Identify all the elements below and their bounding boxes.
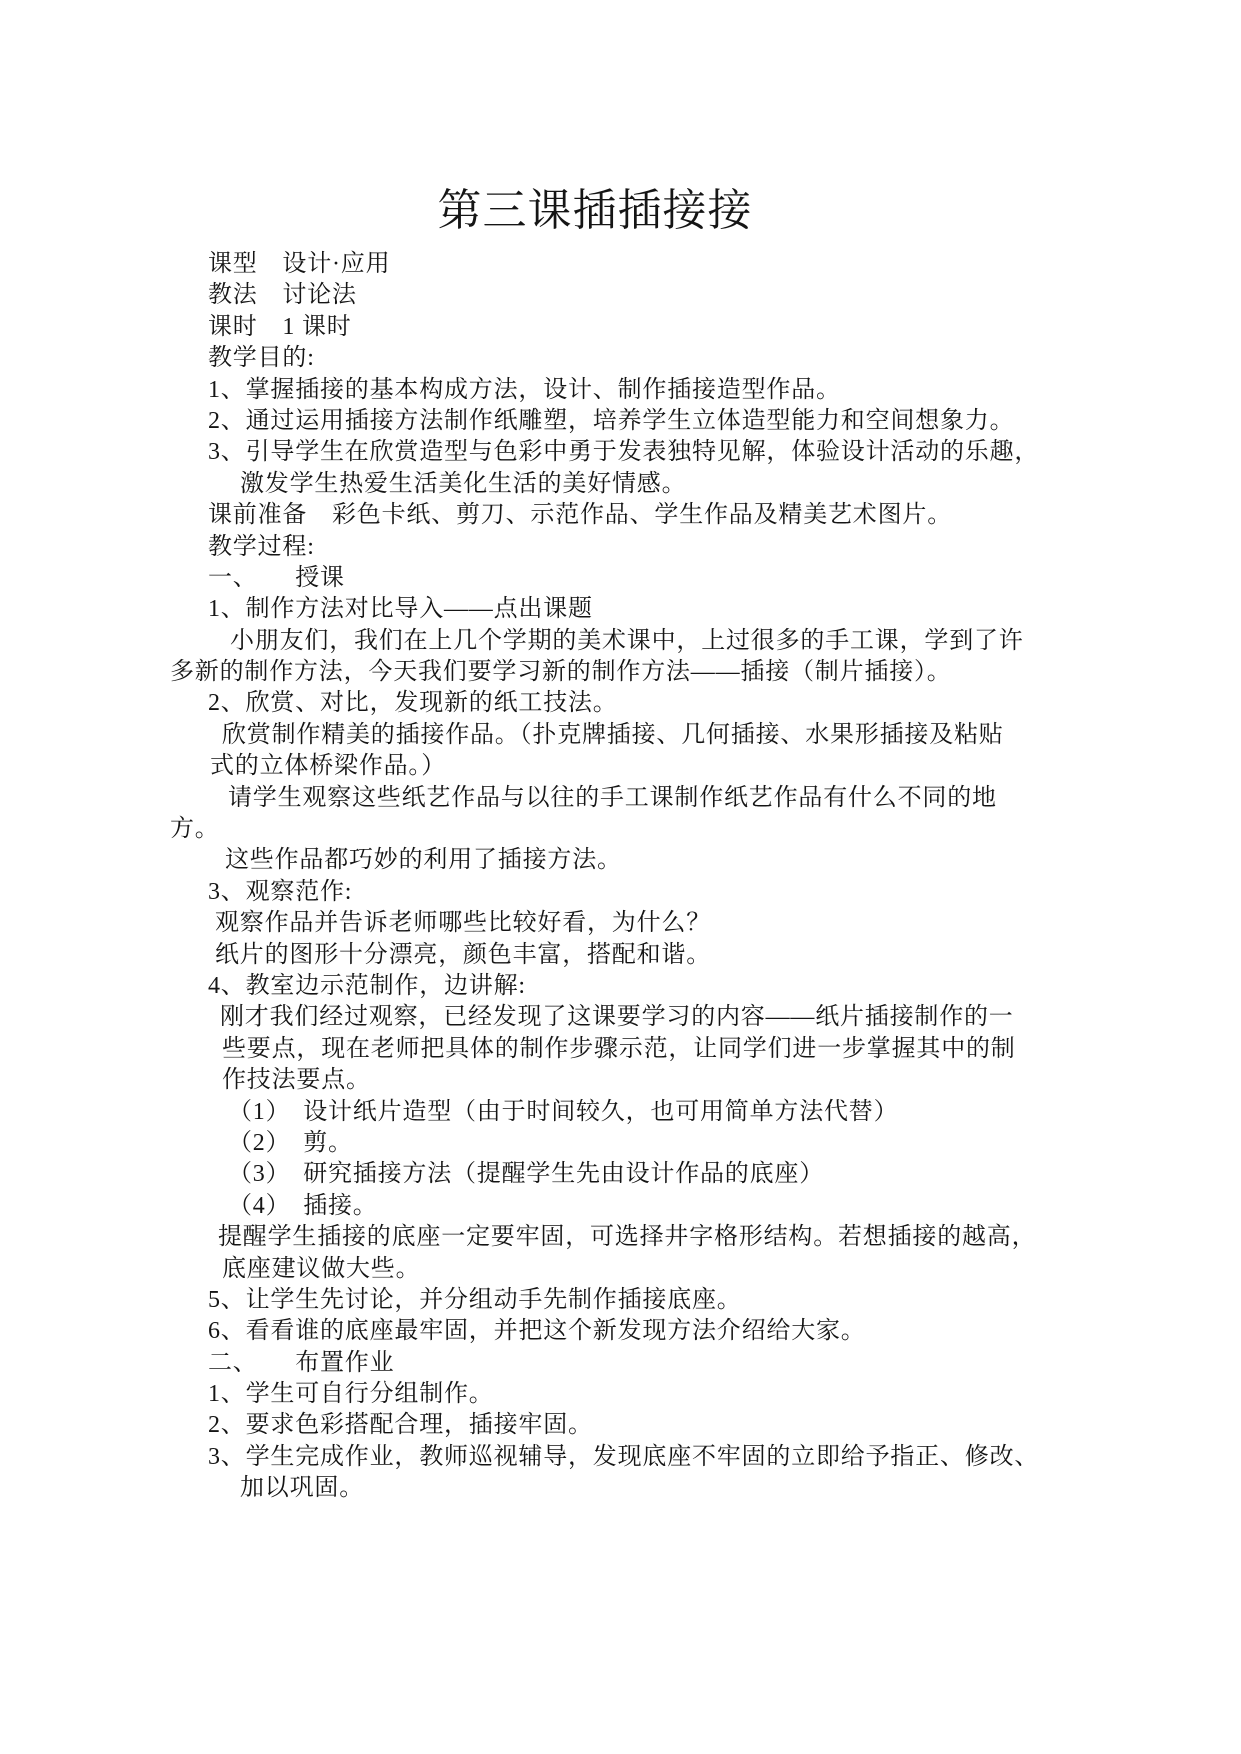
text-line: 请学生观察这些纸艺作品与以往的手工课制作纸艺作品有什么不同的地 bbox=[170, 783, 1080, 814]
text-line: 二、 布置作业 bbox=[170, 1348, 1080, 1379]
text-line: 4、教室边示范制作，边讲解: bbox=[170, 971, 1080, 1002]
text-line: 欣赏制作精美的插接作品。（扑克牌插接、几何插接、水果形插接及粘贴 bbox=[170, 720, 1080, 751]
text-line: 激发学生热爱生活美化生活的美好情感。 bbox=[170, 469, 1080, 500]
text-line: 刚才我们经过观察，已经发现了这课要学习的内容——纸片插接制作的一 bbox=[170, 1002, 1080, 1033]
text-line: 1、掌握插接的基本构成方法，设计、制作插接造型作品。 bbox=[170, 375, 1080, 406]
text-line: 2、欣赏、对比，发现新的纸工技法。 bbox=[170, 688, 1080, 719]
document-content: 第三课插插接接 课型 设计·应用教法 讨论法课时 1 课时教学目的:1、掌握插接… bbox=[170, 183, 1080, 1505]
text-line: 作技法要点。 bbox=[170, 1065, 1080, 1096]
text-line: 教学过程: bbox=[170, 532, 1080, 563]
text-line: 5、让学生先讨论，并分组动手先制作插接底座。 bbox=[170, 1285, 1080, 1316]
text-line: （2） 剪。 bbox=[170, 1128, 1080, 1159]
text-line: 方。 bbox=[170, 814, 1080, 845]
text-line: 这些作品都巧妙的利用了插接方法。 bbox=[170, 845, 1080, 876]
text-line: 教学目的: bbox=[170, 343, 1080, 374]
text-line: 观察作品并告诉老师哪些比较好看，为什么？ bbox=[170, 908, 1080, 939]
text-line: 3、引导学生在欣赏造型与色彩中勇于发表独特见解，体验设计活动的乐趣， bbox=[170, 437, 1080, 468]
text-line: 1、学生可自行分组制作。 bbox=[170, 1379, 1080, 1410]
document-page: 第三课插插接接 课型 设计·应用教法 讨论法课时 1 课时教学目的:1、掌握插接… bbox=[0, 0, 1241, 1754]
text-line: 课型 设计·应用 bbox=[170, 249, 1080, 280]
text-line: 些要点，现在老师把具体的制作步骤示范，让同学们进一步掌握其中的制 bbox=[170, 1034, 1080, 1065]
text-line: 纸片的图形十分漂亮，颜色丰富，搭配和谐。 bbox=[170, 940, 1080, 971]
text-line: 1、制作方法对比导入——点出课题 bbox=[170, 594, 1080, 625]
text-line: 式的立体桥梁作品。） bbox=[170, 751, 1080, 782]
text-line: 6、看看谁的底座最牢固，并把这个新发现方法介绍给大家。 bbox=[170, 1316, 1080, 1347]
text-line: 加以巩固。 bbox=[170, 1473, 1080, 1504]
document-title: 第三课插插接接 bbox=[170, 183, 1020, 239]
text-line: 2、通过运用插接方法制作纸雕塑，培养学生立体造型能力和空间想象力。 bbox=[170, 406, 1080, 437]
text-line: （4） 插接。 bbox=[170, 1191, 1080, 1222]
text-line: 多新的制作方法，今天我们要学习新的制作方法——插接（制片插接）。 bbox=[170, 657, 1080, 688]
text-line: 3、观察范作: bbox=[170, 877, 1080, 908]
text-line: （1） 设计纸片造型（由于时间较久，也可用简单方法代替） bbox=[170, 1097, 1080, 1128]
text-line: 提醒学生插接的底座一定要牢固，可选择井字格形结构。若想插接的越高， bbox=[170, 1222, 1080, 1253]
text-line: 课时 1 课时 bbox=[170, 312, 1080, 343]
text-line: 一、 授课 bbox=[170, 563, 1080, 594]
text-line: 小朋友们，我们在上几个学期的美术课中，上过很多的手工课，学到了许 bbox=[170, 626, 1080, 657]
text-line: （3） 研究插接方法（提醒学生先由设计作品的底座） bbox=[170, 1159, 1080, 1190]
document-body: 课型 设计·应用教法 讨论法课时 1 课时教学目的:1、掌握插接的基本构成方法，… bbox=[170, 249, 1080, 1505]
text-line: 3、学生完成作业，教师巡视辅导，发现底座不牢固的立即给予指正、修改、 bbox=[170, 1442, 1080, 1473]
text-line: 教法 讨论法 bbox=[170, 280, 1080, 311]
text-line: 课前准备 彩色卡纸、剪刀、示范作品、学生作品及精美艺术图片。 bbox=[170, 500, 1080, 531]
text-line: 2、要求色彩搭配合理，插接牢固。 bbox=[170, 1410, 1080, 1441]
text-line: 底座建议做大些。 bbox=[170, 1254, 1080, 1285]
